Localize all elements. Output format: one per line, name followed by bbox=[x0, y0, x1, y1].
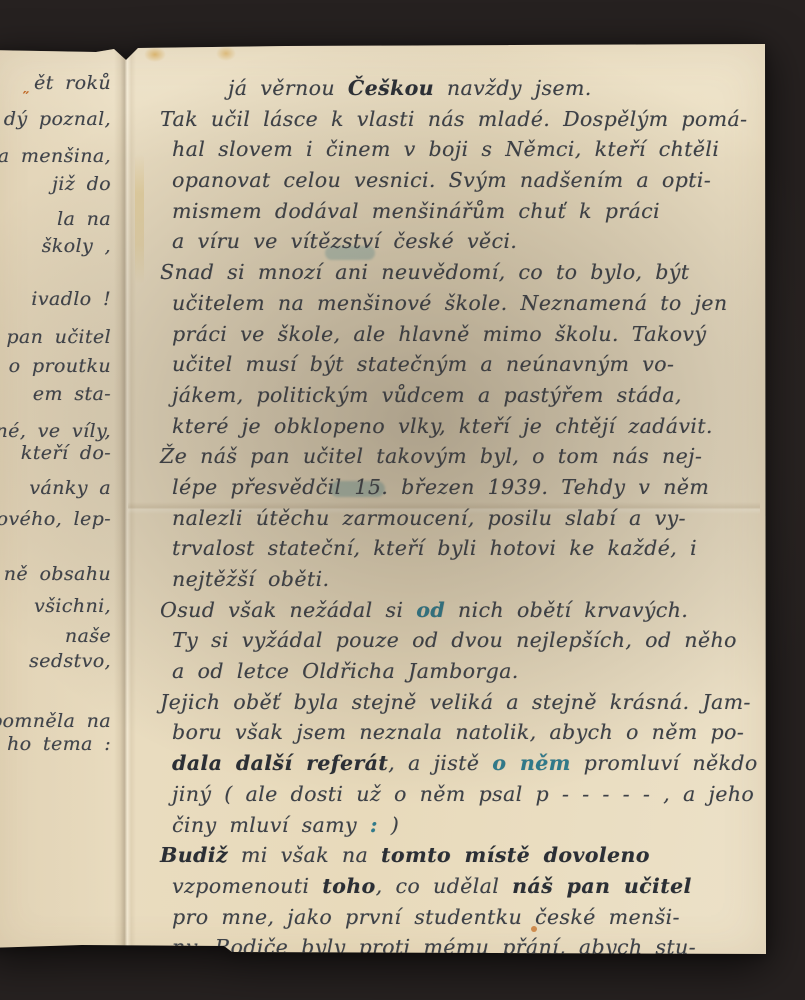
ink-segment: promluví někdo bbox=[571, 751, 758, 775]
left-page-line: o proutku bbox=[9, 355, 111, 377]
ink-segment: trvalost stateční, kteří byli hotovi ke … bbox=[172, 536, 697, 560]
handwritten-line: nejtěžší oběti. bbox=[136, 564, 752, 595]
handwritten-line: jákem, politickým vůdcem a pastýřem stád… bbox=[136, 380, 752, 411]
ink-segment: tomto místě dovoleno bbox=[381, 843, 650, 867]
ink-segment: pro mne, jako první studentku české menš… bbox=[172, 905, 680, 929]
handwritten-line: a od letce Oldřicha Jamborga. bbox=[136, 656, 752, 687]
handwritten-line: trvalost stateční, kteří byli hotovi ke … bbox=[136, 533, 752, 564]
handwritten-line: lépe přesvědčil 15. březen 1939. Tehdy v… bbox=[136, 472, 752, 503]
photo-of-handwritten-letter: { "photo": { "background_color": "#26212… bbox=[0, 0, 805, 1000]
ink-segment: a víru ve vítězství české věci. bbox=[172, 229, 517, 253]
handwritten-line: nalezli útěchu zarmoucení, posilu slabí … bbox=[136, 503, 752, 534]
left-page-line: sedstvo, bbox=[29, 650, 111, 672]
handwritten-line: učitel musí být statečným a neúnavným vo… bbox=[136, 349, 752, 380]
left-page-line: né, ve víly, bbox=[0, 420, 111, 442]
handwritten-line: hal slovem i činem v boji s Němci, kteří… bbox=[136, 134, 752, 165]
handwritten-line: učitelem na menšinové škole. Neznamená t… bbox=[136, 288, 752, 319]
ink-segment: Tak učil lásce k vlasti nás mladé. Dospě… bbox=[160, 107, 747, 131]
handwritten-line: Snad si mnozí ani neuvědomí, co to bylo,… bbox=[136, 257, 752, 288]
ink-segment: dala další referát bbox=[172, 751, 388, 775]
ink-segment: opanovat celou vesnici. Svým nadšením a … bbox=[172, 168, 711, 192]
left-page-line: ivadlo ! bbox=[31, 288, 111, 310]
handwritten-line: Ty si vyžádal pouze od dvou nejlepších, … bbox=[136, 625, 752, 656]
handwritten-line: Osud však nežádal si od nich obětí krvav… bbox=[136, 595, 752, 626]
paper-stain bbox=[216, 46, 236, 61]
ink-segment: boru však jsem neznala natolik, abych o … bbox=[172, 720, 744, 744]
left-page-line: pomněla na bbox=[0, 710, 111, 732]
ink-segment: mi však na bbox=[228, 843, 381, 867]
ink-segment: učitelem na menšinové škole. Neznamená t… bbox=[172, 291, 727, 315]
left-page-line: a menšina, bbox=[0, 145, 111, 167]
paper-stain bbox=[144, 47, 166, 62]
handwritten-line: ny. Rodiče byly proti mému přání, abych … bbox=[136, 932, 752, 963]
ink-segment: a od letce Oldřicha Jamborga. bbox=[172, 659, 519, 683]
blue-ink-segment: od bbox=[416, 598, 445, 622]
ink-segment: , co udělal bbox=[376, 874, 512, 898]
ink-segment: Snad si mnozí ani neuvědomí, co to bylo,… bbox=[160, 260, 689, 284]
handwritten-line: činy mluví samy : ) bbox=[136, 810, 752, 841]
handwritten-line: jiný ( ale dosti už o něm psal p - - - -… bbox=[136, 779, 752, 810]
ink-segment: toho bbox=[322, 874, 375, 898]
ink-segment: práci ve škole, ale hlavně mimo školu. T… bbox=[172, 322, 706, 346]
handwritten-line: dala další referát, a jistě o něm promlu… bbox=[136, 748, 752, 779]
ink-segment: lépe přesvědčil 15. březen 1939. Tehdy v… bbox=[172, 475, 709, 499]
ink-segment: učitel musí být statečným a neúnavným vo… bbox=[172, 352, 674, 376]
ink-segment: nalezli útěchu zarmoucení, posilu slabí … bbox=[172, 506, 686, 530]
blue-ink-segment: : bbox=[370, 813, 378, 837]
handwritten-line: pro mne, jako první studentku české menš… bbox=[136, 902, 752, 933]
left-page-line: em sta- bbox=[33, 383, 111, 405]
handwritten-line: boru však jsem neznala natolik, abych o … bbox=[136, 717, 752, 748]
handwritten-line: Tak učil lásce k vlasti nás mladé. Dospě… bbox=[136, 104, 752, 135]
left-page-line: všichni, bbox=[34, 595, 111, 617]
handwritten-line: já věrnou Češkou navždy jsem. bbox=[136, 73, 752, 104]
ink-segment: nejtěžší oběti. bbox=[172, 567, 329, 591]
ink-segment: činy mluví samy bbox=[172, 813, 370, 837]
ink-segment: nich obětí krvavých. bbox=[445, 598, 688, 622]
ink-segment: hal slovem i činem v boji s Němci, kteří… bbox=[172, 137, 719, 161]
right-page-text: já věrnou Češkou navždy jsem.Tak učil lá… bbox=[136, 73, 752, 963]
handwritten-line: Že náš pan učitel takovým byl, o tom nás… bbox=[136, 441, 752, 472]
handwritten-line: práci ve škole, ale hlavně mimo školu. T… bbox=[136, 319, 752, 350]
left-page-line: ět roků bbox=[34, 72, 111, 94]
handwritten-line: opanovat celou vesnici. Svým nadšením a … bbox=[136, 165, 752, 196]
ink-segment: Že náš pan učitel takovým byl, o tom nás… bbox=[160, 444, 702, 468]
handwritten-line: vzpomenouti toho, co udělal náš pan učit… bbox=[136, 871, 752, 902]
ink-segment: , a jistě bbox=[388, 751, 492, 775]
blue-ink-segment: o něm bbox=[492, 751, 570, 775]
ink-segment: ny. Rodiče byly proti mému přání, abych … bbox=[172, 935, 696, 959]
ink-segment: které je obklopeno vlky, kteří je chtějí… bbox=[172, 414, 713, 438]
ink-segment: já věrnou bbox=[228, 76, 348, 100]
left-page-line: ně obsahu bbox=[4, 563, 111, 585]
ink-segment: ) bbox=[378, 813, 399, 837]
left-page-line: školy , bbox=[42, 235, 111, 257]
handwritten-line: Jejich oběť byla stejně veliká a stejně … bbox=[136, 687, 752, 718]
ink-segment: mismem dodával menšinářům chuť k práci bbox=[172, 199, 660, 223]
ink-segment: náš pan učitel bbox=[512, 874, 692, 898]
left-page-line: dý poznal, bbox=[4, 108, 111, 130]
ink-segment: Češkou bbox=[348, 76, 434, 100]
handwritten-line: Budiž mi však na tomto místě dovoleno bbox=[136, 840, 752, 871]
ink-segment: jiný ( ale dosti už o něm psal p - - - -… bbox=[172, 782, 754, 806]
handwritten-line: a víru ve vítězství české věci. bbox=[136, 226, 752, 257]
letter-sheet-wrapper: ″ ět rokůdý poznal,a menšina,již dola na… bbox=[0, 0, 805, 1000]
ink-segment: Ty si vyžádal pouze od dvou nejlepších, … bbox=[172, 628, 737, 652]
ink-segment: jákem, politickým vůdcem a pastýřem stád… bbox=[172, 383, 682, 407]
left-page-line: ového, lep- bbox=[0, 508, 111, 530]
ink-segment: Osud však nežádal si bbox=[160, 598, 416, 622]
left-page-text-fragment: ět rokůdý poznal,a menšina,již dola našk… bbox=[0, 44, 119, 958]
left-page-line: , pan učitel bbox=[0, 326, 111, 348]
left-page-line: vánky a bbox=[29, 477, 111, 499]
left-page-line: ho tema : bbox=[7, 733, 111, 755]
letter-sheet: ″ ět rokůdý poznal,a menšina,již dola na… bbox=[0, 44, 766, 958]
ink-segment: Jejich oběť byla stejně veliká a stejně … bbox=[160, 690, 751, 714]
left-page-line: již do bbox=[52, 173, 111, 195]
left-page-line: kteří do- bbox=[21, 442, 111, 464]
ink-segment: vzpomenouti bbox=[172, 874, 322, 898]
left-page-line: naše bbox=[65, 625, 111, 647]
ink-segment: navždy jsem. bbox=[434, 76, 592, 100]
handwritten-line: mismem dodával menšinářům chuť k práci bbox=[136, 196, 752, 227]
ink-segment: Budiž bbox=[160, 843, 228, 867]
handwritten-line: které je obklopeno vlky, kteří je chtějí… bbox=[136, 411, 752, 442]
left-page-line: la na bbox=[57, 208, 111, 230]
